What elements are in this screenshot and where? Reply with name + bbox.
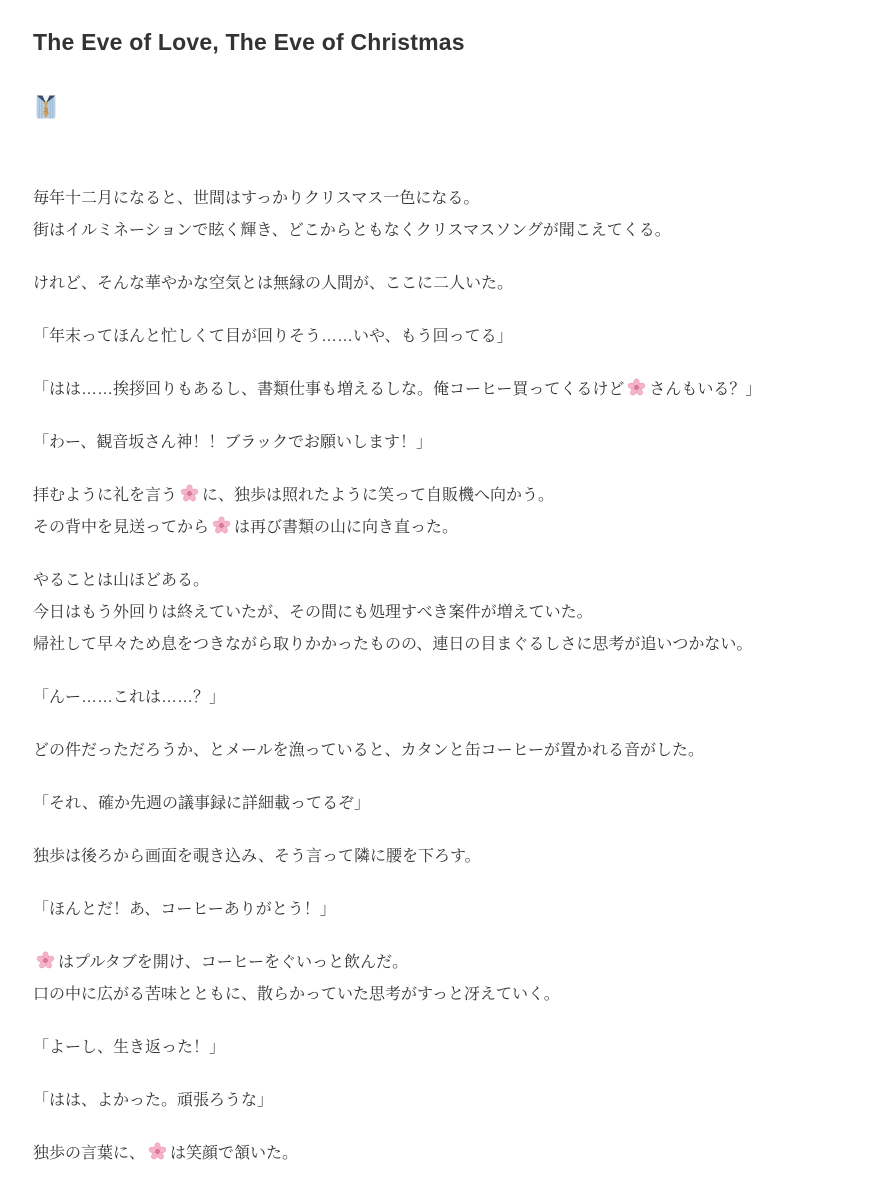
story-paragraph: 「はは……挨拶回りもあるし、書類仕事も増えるしな。俺コーヒー買ってくるけど さん… — [33, 374, 839, 406]
cherry-blossom-icon — [626, 377, 647, 398]
story-paragraph: 「はは、よかった。頑張ろうな」 — [33, 1085, 839, 1117]
story-paragraph: 毎年十二月になると、世間はすっかりクリスマス一色になる。街はイルミネーションで眩… — [33, 183, 839, 247]
header-emoji-line — [33, 94, 839, 127]
story-paragraph: 「わー、観音坂さん神！！ブラックでお願いします！」 — [33, 427, 839, 459]
story-paragraph: 独歩は後ろから画面を覗き込み、そう言って隣に腰を下ろす。 — [33, 841, 839, 873]
story-paragraph: 「ほんとだ！あ、コーヒーありがとう！」 — [33, 894, 839, 926]
cherry-blossom-icon — [35, 950, 56, 971]
cherry-blossom-icon — [179, 483, 200, 504]
story-paragraph: やることは山ほどある。今日はもう外回りは終えていたが、その間にも処理すべき案件が… — [33, 565, 839, 661]
story-page: The Eve of Love, The Eve of Christmas 毎年… — [0, 0, 879, 1200]
story-paragraph: はプルタブを開け、コーヒーをぐいっと飲んだ。口の中に広がる苦味とともに、散らかっ… — [33, 947, 839, 1011]
cherry-blossom-icon — [211, 515, 232, 536]
necktie-icon — [33, 94, 59, 120]
story-paragraph: 独歩の言葉に、 は笑顔で頷いた。 — [33, 1138, 839, 1170]
story-body: 毎年十二月になると、世間はすっかりクリスマス一色になる。街はイルミネーションで眩… — [33, 94, 839, 1170]
story-paragraph: どの件だっただろうか、とメールを漁っていると、カタンと缶コーヒーが置かれる音がし… — [33, 735, 839, 767]
page-title: The Eve of Love, The Eve of Christmas — [33, 28, 839, 56]
story-paragraph: 「よーし、生き返った！」 — [33, 1032, 839, 1064]
story-paragraph: 「んー……これは……？」 — [33, 682, 839, 714]
story-paragraph: 「それ、確か先週の議事録に詳細載ってるぞ」 — [33, 788, 839, 820]
story-paragraph: けれど、そんな華やかな空気とは無縁の人間が、ここに二人いた。 — [33, 268, 839, 300]
story-paragraph: 「年末ってほんと忙しくて目が回りそう……いや、もう回ってる」 — [33, 321, 839, 353]
cherry-blossom-icon — [147, 1141, 168, 1162]
story-paragraph: 拝むように礼を言う に、独歩は照れたように笑って自販機へ向かう。その背中を見送っ… — [33, 480, 839, 544]
